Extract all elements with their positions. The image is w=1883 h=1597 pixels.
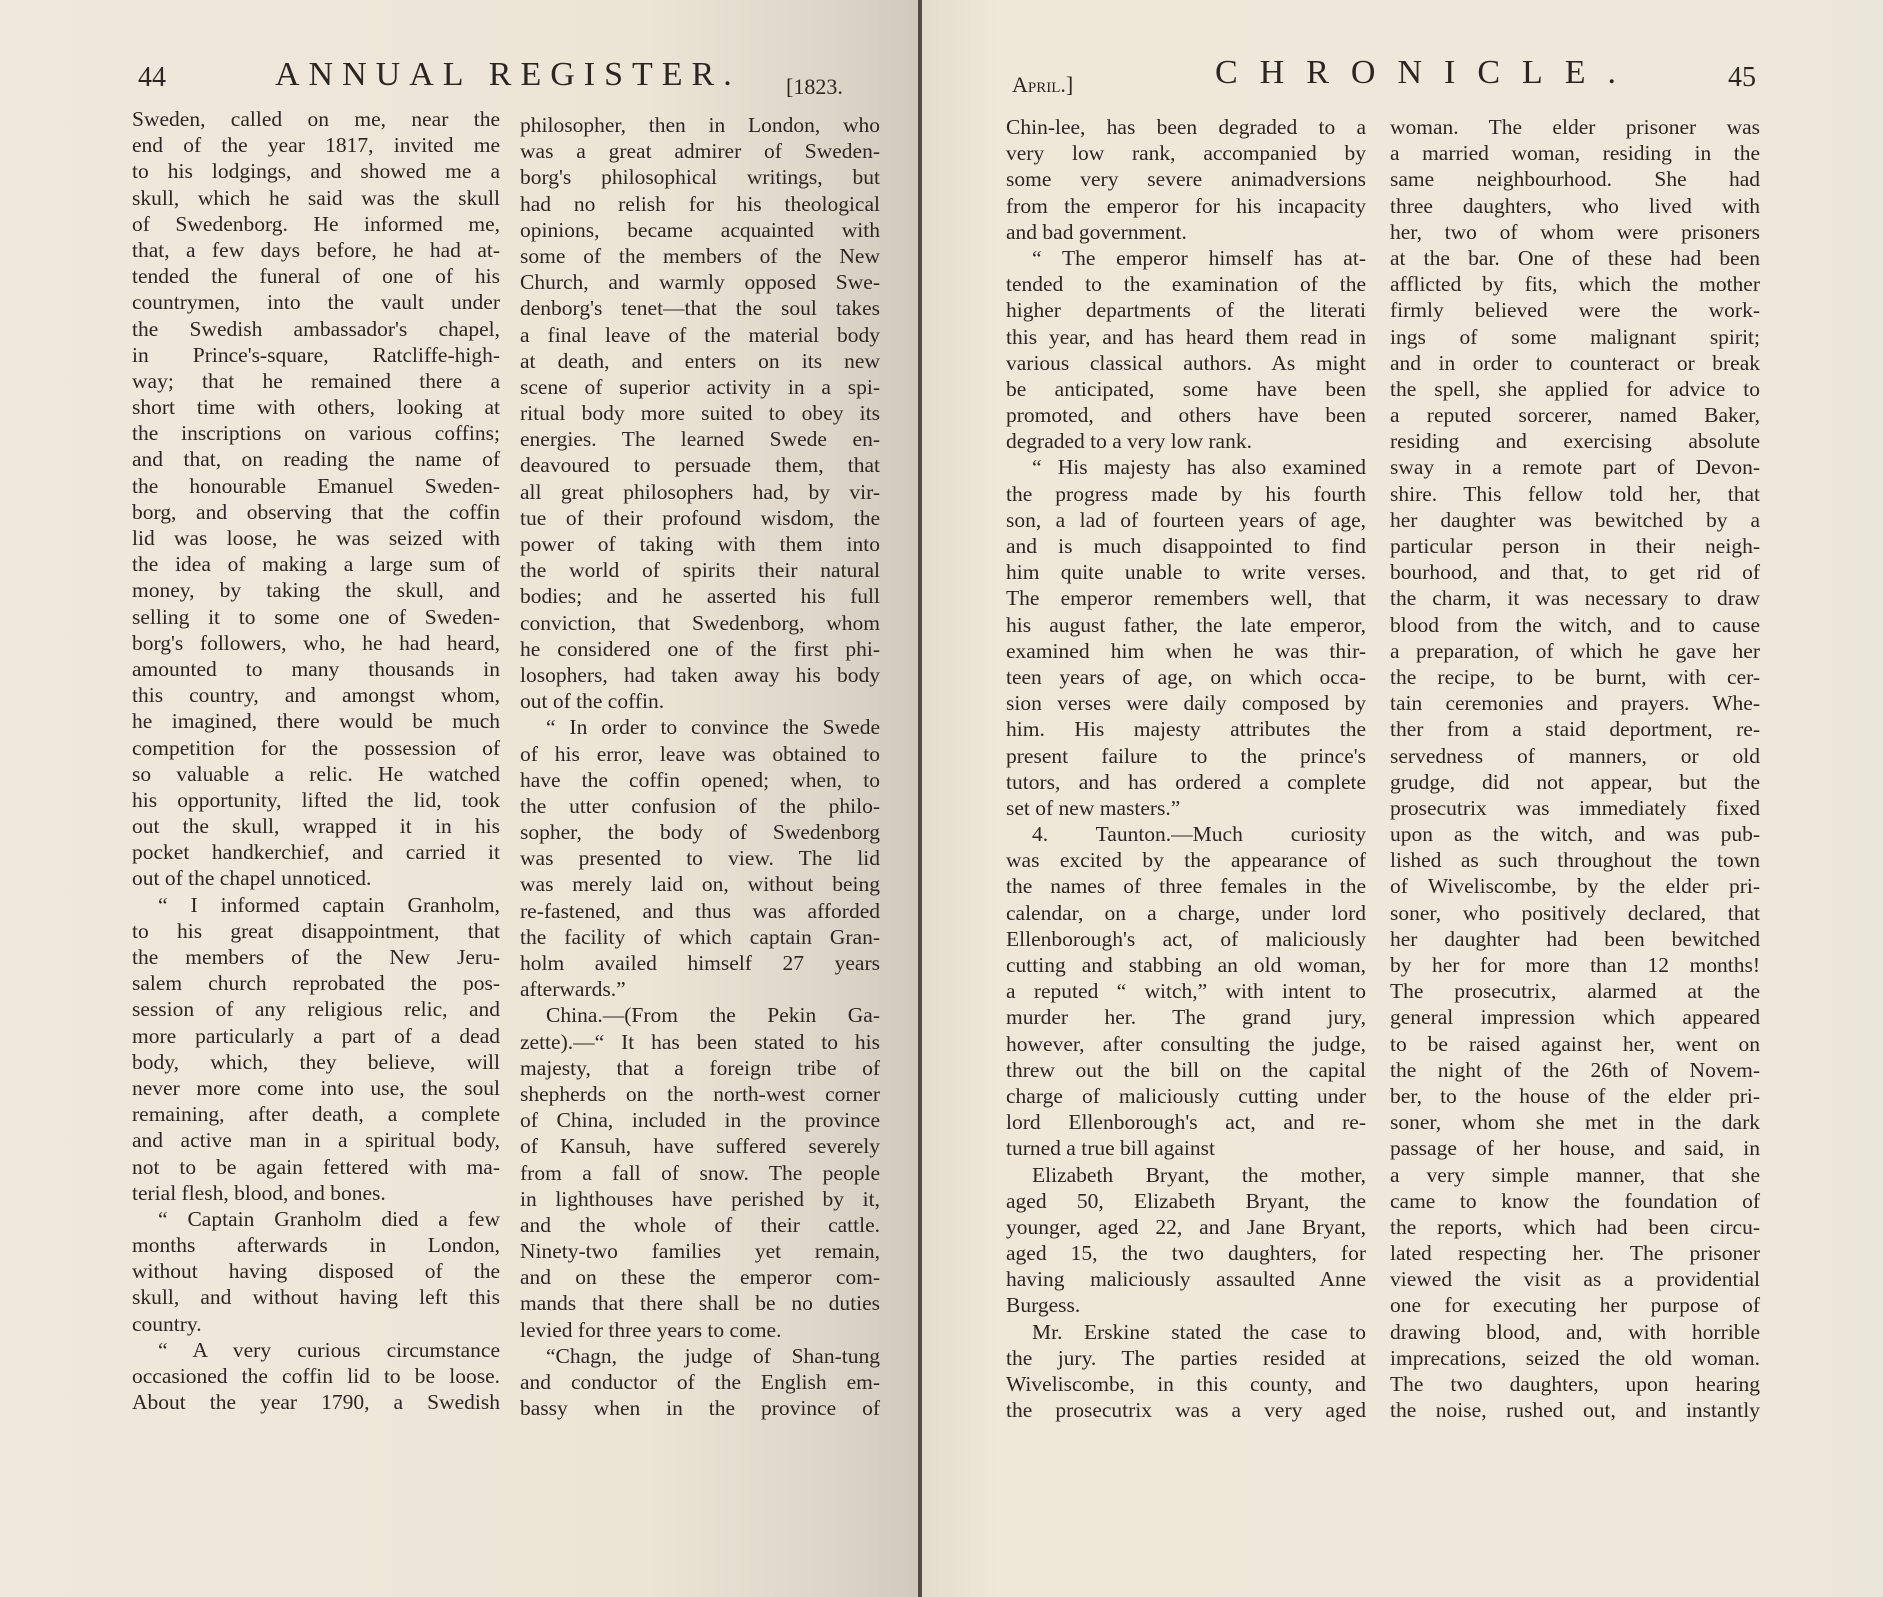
text-line: Elizabeth Bryant, the mother, <box>1006 1162 1366 1188</box>
text-line: threw out the bill on the capital <box>1006 1057 1366 1083</box>
text-line: passage of her house, and said, in <box>1390 1135 1760 1161</box>
text-line: terial flesh, blood, and bones. <box>132 1180 500 1206</box>
text-line: of his error, leave was obtained to <box>520 741 880 767</box>
text-line: residing and exercising absolute <box>1390 428 1760 454</box>
text-line: by her for more than 12 months! <box>1390 952 1760 978</box>
text-line: this year, and has heard them read in <box>1006 324 1366 350</box>
text-line: session of any religious relic, and <box>132 996 500 1022</box>
text-line: servedness of manners, or old <box>1390 743 1760 769</box>
text-line: the reports, which had been circu- <box>1390 1214 1760 1240</box>
text-line: various classical authors. As might <box>1006 350 1366 376</box>
left-page: 44 ANNUAL REGISTER. [1823. Sweden, calle… <box>0 0 920 1597</box>
text-line: a married woman, residing in the <box>1390 140 1760 166</box>
right-running-head: April.] CHRONICLE. 45 <box>922 52 1883 92</box>
text-line: his august father, the late emperor, <box>1006 612 1366 638</box>
text-line: energies. The learned Swede en- <box>520 426 880 452</box>
text-line: out of the coffin. <box>520 688 880 714</box>
text-line: son, a lad of fourteen years of age, <box>1006 507 1366 533</box>
text-line: the progress made by his fourth <box>1006 481 1366 507</box>
text-line: tended to the examination of the <box>1006 271 1366 297</box>
text-line: him. His majesty attributes the <box>1006 716 1366 742</box>
page-number-right: 45 <box>1728 62 1756 94</box>
text-line: and bad government. <box>1006 219 1366 245</box>
text-line: bourhood, and that, to get rid of <box>1390 559 1760 585</box>
text-line: calendar, on a charge, under lord <box>1006 900 1366 926</box>
text-line: power of taking with them into <box>520 531 880 557</box>
text-line: holm availed himself 27 years <box>520 950 880 976</box>
text-line: more particularly a part of a dead <box>132 1023 500 1049</box>
text-line: to his lodgings, and showed me a <box>132 158 500 184</box>
text-line: some very severe animadversions <box>1006 166 1366 192</box>
running-title-left: ANNUAL REGISTER. <box>275 56 741 94</box>
text-line: was excited by the appearance of <box>1006 847 1366 873</box>
text-line: scene of superior activity in a spi- <box>520 374 880 400</box>
text-line: grudge, did not appear, but the <box>1390 769 1760 795</box>
text-line: in lighthouses have perished by it, <box>520 1186 880 1212</box>
text-line: skull, and without having left this <box>132 1284 500 1310</box>
text-line: sopher, the body of Swedenborg <box>520 819 880 845</box>
text-line: tain ceremonies and prayers. Whe- <box>1390 690 1760 716</box>
text-line: aged 15, the two daughters, for <box>1006 1240 1366 1266</box>
text-line: to be raised against her, went on <box>1390 1031 1760 1057</box>
text-line: and that, on reading the name of <box>132 446 500 472</box>
text-line: deavoured to persuade them, that <box>520 452 880 478</box>
text-line: promoted, and others have been <box>1006 402 1366 428</box>
text-line: his opportunity, lifted the lid, took <box>132 787 500 813</box>
text-line: bodies; and he asserted his full <box>520 583 880 609</box>
text-line: teen years of age, on which occa- <box>1006 664 1366 690</box>
text-line: degraded to a very low rank. <box>1006 428 1366 454</box>
text-line: salem church reprobated the pos- <box>132 970 500 996</box>
text-line: lished as such throughout the town <box>1390 847 1760 873</box>
text-line: out the skull, wrapped it in his <box>132 813 500 839</box>
text-line: majesty, that a foreign tribe of <box>520 1055 880 1081</box>
text-line: re-fastened, and thus was afforded <box>520 898 880 924</box>
text-line: of Wiveliscombe, by the elder pri- <box>1390 873 1760 899</box>
text-line: lid was loose, he was seized with <box>132 525 500 551</box>
text-line: a preparation, of which he gave her <box>1390 638 1760 664</box>
text-line: The two daughters, upon hearing <box>1390 1371 1760 1397</box>
text-line: was merely laid on, without being <box>520 871 880 897</box>
text-line: drawing blood, and, with horrible <box>1390 1319 1760 1345</box>
text-line: “ A very curious circumstance <box>132 1337 500 1363</box>
running-title-right: CHRONICLE. <box>1215 54 1638 92</box>
text-line: shire. This fellow told her, that <box>1390 481 1760 507</box>
text-line: philosopher, then in London, who <box>520 112 880 138</box>
text-line: end of the year 1817, invited me <box>132 132 500 158</box>
text-line: younger, aged 22, and Jane Bryant, <box>1006 1214 1366 1240</box>
text-line: opinions, became acquainted with <box>520 217 880 243</box>
text-line: way; that he remained there a <box>132 368 500 394</box>
text-line: afflicted by fits, which the mother <box>1390 271 1760 297</box>
text-line: in Prince's-square, Ratcliffe-high- <box>132 342 500 368</box>
text-line: murder her. The grand jury, <box>1006 1004 1366 1030</box>
column-3: Chin-lee, has been degraded to avery low… <box>1006 114 1366 1423</box>
text-line: higher departments of the literati <box>1006 297 1366 323</box>
text-line: three daughters, who lived with <box>1390 193 1760 219</box>
text-line: him quite unable to write verses. <box>1006 559 1366 585</box>
text-line: blood from the witch, and to cause <box>1390 612 1760 638</box>
text-line: came to know the foundation of <box>1390 1188 1760 1214</box>
text-line: The emperor remembers well, that <box>1006 585 1366 611</box>
text-line: that, a few days before, he had at- <box>132 237 500 263</box>
text-line: the charm, it was necessary to draw <box>1390 585 1760 611</box>
text-line: selling it to some one of Sweden- <box>132 604 500 630</box>
left-running-head: 44 ANNUAL REGISTER. [1823. <box>0 52 920 92</box>
text-line: he imagined, there would be much <box>132 708 500 734</box>
text-line: and active man in a spiritual body, <box>132 1127 500 1153</box>
text-line: the utter confusion of the philo- <box>520 793 880 819</box>
text-line: aged 50, Elizabeth Bryant, the <box>1006 1188 1366 1214</box>
text-line: Ellenborough's act, of maliciously <box>1006 926 1366 952</box>
text-line: The prosecutrix, alarmed at the <box>1390 978 1760 1004</box>
text-line: viewed the visit as a providential <box>1390 1266 1760 1292</box>
text-line: countrymen, into the vault under <box>132 289 500 315</box>
text-line: ritual body more suited to obey its <box>520 400 880 426</box>
text-line: 4. Taunton.—Much curiosity <box>1006 821 1366 847</box>
text-line: present failure to the prince's <box>1006 743 1366 769</box>
text-line: was presented to view. The lid <box>520 845 880 871</box>
text-line: remaining, after death, a complete <box>132 1101 500 1127</box>
column-2: philosopher, then in London, whowas a gr… <box>520 112 880 1421</box>
text-line: conviction, that Swedenborg, whom <box>520 610 880 636</box>
text-line: Chin-lee, has been degraded to a <box>1006 114 1366 140</box>
text-line: the honourable Emanuel Sweden- <box>132 473 500 499</box>
text-line: upon as the witch, and was pub- <box>1390 821 1760 847</box>
text-line: body, which, they believe, will <box>132 1049 500 1075</box>
text-line: at the bar. One of these had been <box>1390 245 1760 271</box>
text-line: having maliciously assaulted Anne <box>1006 1266 1366 1292</box>
text-line: imprecations, seized the old woman. <box>1390 1345 1760 1371</box>
text-line: so valuable a relic. He watched <box>132 761 500 787</box>
text-line: China.—(From the Pekin Ga- <box>520 1002 880 1028</box>
text-line: he considered one of the first phi- <box>520 636 880 662</box>
text-line: and on these the emperor com- <box>520 1264 880 1290</box>
column-4: woman. The elder prisoner wasa married w… <box>1390 114 1760 1423</box>
text-line: and is much disappointed to find <box>1006 533 1366 559</box>
page-number-left: 44 <box>138 62 166 94</box>
text-line: her, two of whom were prisoners <box>1390 219 1760 245</box>
text-line: set of new masters.” <box>1006 795 1366 821</box>
text-line: borg's philosophical writings, but <box>520 164 880 190</box>
text-line: the Swedish ambassador's chapel, <box>132 316 500 342</box>
text-line: lord Ellenborough's act, and re- <box>1006 1109 1366 1135</box>
text-line: prosecutrix was immediately fixed <box>1390 795 1760 821</box>
text-line: months afterwards in London, <box>132 1232 500 1258</box>
text-line: the idea of making a large sum of <box>132 551 500 577</box>
text-line: levied for three years to come. <box>520 1317 880 1343</box>
text-line: skull, which he said was the skull <box>132 185 500 211</box>
text-line: occasioned the coffin lid to be loose. <box>132 1363 500 1389</box>
text-line: tutors, and has ordered a complete <box>1006 769 1366 795</box>
text-line: never more come into use, the soul <box>132 1075 500 1101</box>
text-line: had no relish for his theological <box>520 191 880 217</box>
text-line: Wiveliscombe, in this county, and <box>1006 1371 1366 1397</box>
text-line: of Kansuh, have suffered severely <box>520 1133 880 1159</box>
text-line: short time with others, looking at <box>132 394 500 420</box>
text-line: borg, and observing that the coffin <box>132 499 500 525</box>
text-line: tue of their profound wisdom, the <box>520 505 880 531</box>
text-line: examined him when he was thir- <box>1006 638 1366 664</box>
text-line: the recipe, to be burnt, with cer- <box>1390 664 1760 690</box>
text-line: soner, who positively declared, that <box>1390 900 1760 926</box>
text-line: “Chagn, the judge of Shan-tung <box>520 1343 880 1369</box>
text-line: the facility of which captain Gran- <box>520 924 880 950</box>
text-line: soner, whom she met in the dark <box>1390 1109 1760 1135</box>
text-line: About the year 1790, a Swedish <box>132 1389 500 1415</box>
text-line: mands that there shall be no duties <box>520 1290 880 1316</box>
text-line: to his great disappointment, that <box>132 918 500 944</box>
text-line: ings of some malignant spirit; <box>1390 324 1760 350</box>
text-line: lated respecting her. The prisoner <box>1390 1240 1760 1266</box>
column-1: Sweden, called on me, near theend of the… <box>132 106 500 1415</box>
text-line: ber, to the house of the elder pri- <box>1390 1083 1760 1109</box>
text-line: denborg's tenet—that the soul takes <box>520 295 880 321</box>
text-line: “ The emperor himself has at- <box>1006 245 1366 271</box>
text-line: this country, and amongst whom, <box>132 682 500 708</box>
text-line: Mr. Erskine stated the case to <box>1006 1319 1366 1345</box>
text-line: the inscriptions on various coffins; <box>132 420 500 446</box>
text-line: Church, and warmly opposed Swe- <box>520 269 880 295</box>
text-line: “ His majesty has also examined <box>1006 454 1366 480</box>
text-line: country. <box>132 1311 500 1337</box>
text-line: some of the members of the New <box>520 243 880 269</box>
text-line: of China, included in the province <box>520 1107 880 1133</box>
text-line: “ Captain Granholm died a few <box>132 1206 500 1232</box>
text-line: “ I informed captain Granholm, <box>132 892 500 918</box>
date-marker-text: April.] <box>1012 72 1073 97</box>
text-line: money, by taking the skull, and <box>132 577 500 603</box>
text-line: woman. The elder prisoner was <box>1390 114 1760 140</box>
text-line: the jury. The parties resided at <box>1006 1345 1366 1371</box>
text-line: amounted to many thousands in <box>132 656 500 682</box>
text-line: not to be again fettered with ma- <box>132 1154 500 1180</box>
text-line: Ninety-two families yet remain, <box>520 1238 880 1264</box>
text-line: the prosecutrix was a very aged <box>1006 1397 1366 1423</box>
text-line: general impression which appeared <box>1390 1004 1760 1030</box>
text-line: turned a true bill against <box>1006 1135 1366 1161</box>
text-line: very low rank, accompanied by <box>1006 140 1366 166</box>
text-line: ther from a staid deportment, re- <box>1390 716 1760 742</box>
text-line: from a fall of snow. The people <box>520 1160 880 1186</box>
text-line: out of the chapel unnoticed. <box>132 865 500 891</box>
right-page: April.] CHRONICLE. 45 Chin-lee, has been… <box>922 0 1883 1597</box>
text-line: a final leave of the material body <box>520 322 880 348</box>
text-line: charge of maliciously cutting under <box>1006 1083 1366 1109</box>
text-line: and the whole of their cattle. <box>520 1212 880 1238</box>
text-line: without having disposed of the <box>132 1258 500 1284</box>
text-line: shepherds on the north-west corner <box>520 1081 880 1107</box>
date-marker-left: [1823. <box>786 74 843 100</box>
text-line: cutting and stabbing an old woman, <box>1006 952 1366 978</box>
text-line: the names of three females in the <box>1006 873 1366 899</box>
text-line: the world of spirits their natural <box>520 557 880 583</box>
text-line: borg's followers, who, he had heard, <box>132 630 500 656</box>
text-line: the noise, rushed out, and instantly <box>1390 1397 1760 1423</box>
text-line: the spell, she applied for advice to <box>1390 376 1760 402</box>
text-line: was a great admirer of Sweden- <box>520 138 880 164</box>
text-line: of Swedenborg. He informed me, <box>132 211 500 237</box>
text-line: afterwards.” <box>520 976 880 1002</box>
text-line: all great philosophers had, by vir- <box>520 479 880 505</box>
text-line: losophers, had taken away his body <box>520 662 880 688</box>
text-line: the members of the New Jeru- <box>132 944 500 970</box>
text-line: a reputed “ witch,” with intent to <box>1006 978 1366 1004</box>
text-line: be anticipated, some have been <box>1006 376 1366 402</box>
text-line: same neighbourhood. She had <box>1390 166 1760 192</box>
text-line: firmly believed were the work- <box>1390 297 1760 323</box>
text-line: “ In order to convince the Swede <box>520 714 880 740</box>
text-line: and in order to counteract or break <box>1390 350 1760 376</box>
text-line: tended the funeral of one of his <box>132 263 500 289</box>
text-line: sion verses were daily composed by <box>1006 690 1366 716</box>
text-line: a very simple manner, that she <box>1390 1162 1760 1188</box>
text-line: bassy when in the province of <box>520 1395 880 1421</box>
date-marker-right: April.] <box>1012 72 1073 98</box>
text-line: pocket handkerchief, and carried it <box>132 839 500 865</box>
text-line: however, after consulting the judge, <box>1006 1031 1366 1057</box>
text-line: zette).—“ It has been stated to his <box>520 1029 880 1055</box>
text-line: competition for the possession of <box>132 735 500 761</box>
text-line: Burgess. <box>1006 1292 1366 1318</box>
text-line: Sweden, called on me, near the <box>132 106 500 132</box>
text-line: sway in a remote part of Devon- <box>1390 454 1760 480</box>
text-line: a reputed sorcerer, named Baker, <box>1390 402 1760 428</box>
text-line: particular person in their neigh- <box>1390 533 1760 559</box>
text-line: and conductor of the English em- <box>520 1369 880 1395</box>
text-line: one for executing her purpose of <box>1390 1292 1760 1318</box>
text-line: from the emperor for his incapacity <box>1006 193 1366 219</box>
text-line: have the coffin opened; when, to <box>520 767 880 793</box>
text-line: the night of the 26th of Novem- <box>1390 1057 1760 1083</box>
text-line: her daughter was bewitched by a <box>1390 507 1760 533</box>
text-line: her daughter had been bewitched <box>1390 926 1760 952</box>
text-line: at death, and enters on its new <box>520 348 880 374</box>
